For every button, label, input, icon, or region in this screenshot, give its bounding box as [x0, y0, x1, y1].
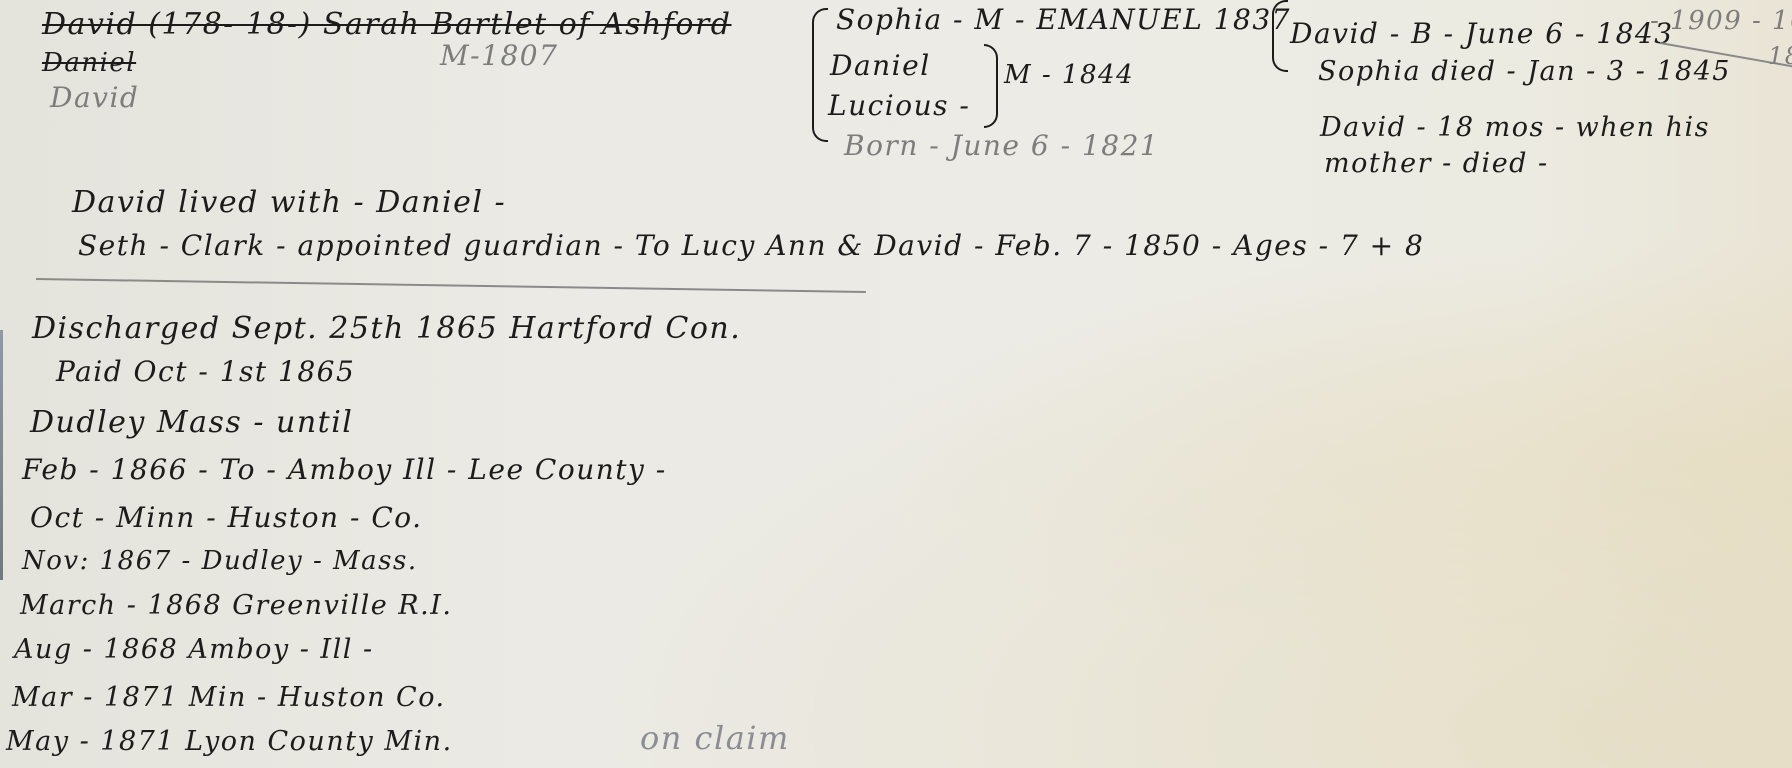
married-right-brace: [984, 44, 998, 128]
timeline-entry: Mar - 1871 Min - Huston Co.: [12, 684, 446, 711]
david-age-note-2: mother - died -: [1324, 150, 1549, 177]
on-claim-pencil: on claim: [640, 722, 790, 754]
page-edge-shadow: [0, 330, 3, 580]
guardian-appointment: Seth - Clark - appointed guardian - To L…: [78, 232, 1424, 260]
sophia-died: Sophia died - Jan - 3 - 1845: [1318, 58, 1731, 85]
children-left-brace: [812, 8, 828, 142]
child-sophia: Sophia - M - EMANUEL 1837: [836, 6, 1291, 34]
david-pencil: David: [50, 84, 139, 112]
parents-line: David (178- 18-) Sarah Bartlet of Ashfor…: [42, 10, 732, 40]
david-left-brace: [1272, 0, 1288, 72]
david-death-pencil: - 1909 - 10: [1650, 8, 1792, 34]
timeline-entry: May - 1871 Lyon County Min.: [6, 728, 453, 755]
timeline-entry: Paid Oct - 1st 1865: [56, 358, 355, 386]
section-divider-line: [36, 278, 866, 293]
pencil-margin-fragment: 18: [1768, 44, 1792, 68]
timeline-entry: Discharged Sept. 25th 1865 Hartford Con.: [32, 314, 741, 344]
married-1844: M - 1844: [1004, 62, 1134, 88]
timeline-entry: Nov: 1867 - Dudley - Mass.: [22, 548, 418, 574]
david-age-note-1: David - 18 mos - when his: [1320, 114, 1710, 141]
david-born: David - B - June 6 - 1843: [1290, 20, 1674, 48]
daniel-struck: Daniel: [42, 50, 136, 76]
timeline-entry: March - 1868 Greenville R.I.: [20, 592, 452, 619]
timeline-entry: Dudley Mass - until: [30, 408, 353, 438]
child-lucious: Lucious -: [828, 92, 970, 120]
born-pencil: Born - June 6 - 1821: [844, 132, 1159, 160]
child-daniel: Daniel: [830, 52, 931, 80]
paper-page: David (178- 18-) Sarah Bartlet of Ashfor…: [0, 0, 1792, 768]
timeline-entry: Feb - 1866 - To - Amboy Ill - Lee County…: [22, 456, 667, 484]
timeline-entry: Aug - 1868 Amboy - Ill -: [14, 636, 374, 663]
timeline-entry: Oct - Minn - Huston - Co.: [30, 504, 423, 532]
marriage-year: M-1807: [440, 42, 558, 70]
lived-with-daniel: David lived with - Daniel -: [72, 188, 506, 218]
